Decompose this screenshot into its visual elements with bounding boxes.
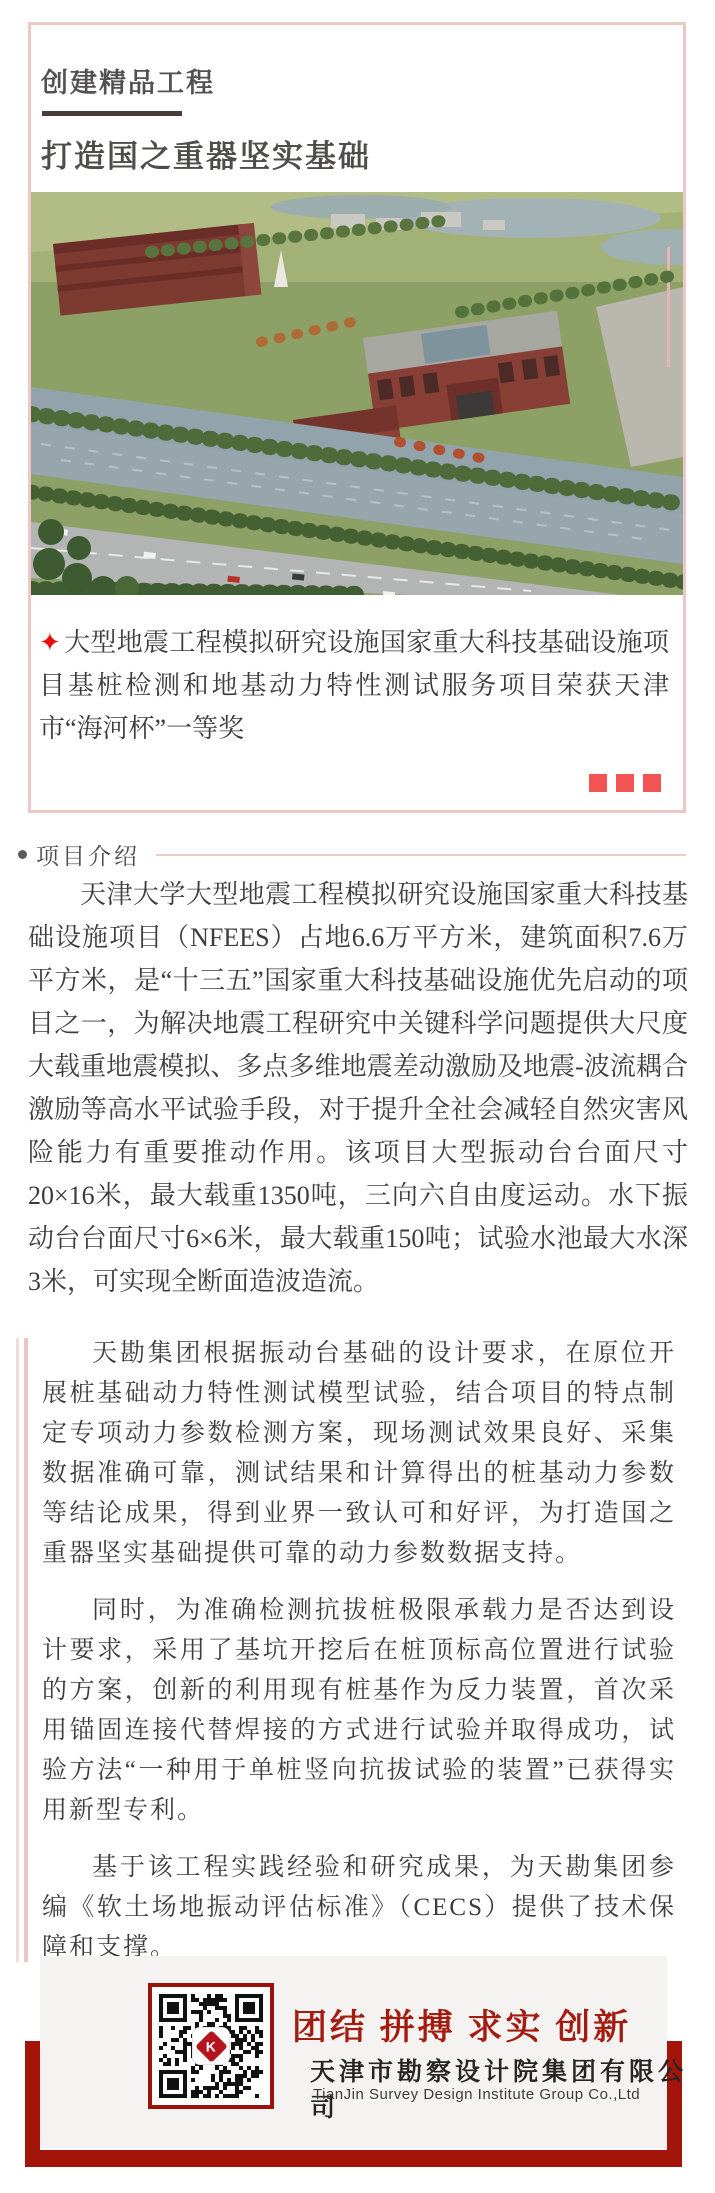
detail-paragraph-3: 基于该工程实践经验和研究成果，为天勘集团参编《软土场地振动评估标准》（CECS）… [42,1848,676,1968]
bullet-icon [18,850,27,859]
hero-title-line1: 创建精品工程 [41,61,683,100]
detail-block: 天勘集团根据振动台基础的设计要求，在原位开展桩基础动力特性测试模型试验，结合项目… [16,1334,676,1968]
decor-square [589,774,607,792]
hero-photo [31,192,683,595]
detail-paragraph-1: 天勘集团根据振动台基础的设计要求，在原位开展桩基础动力特性测试模型试验，结合项目… [42,1334,676,1574]
section-title: 项目介绍 [36,838,140,871]
accent-bar-outer [16,1338,19,1962]
qr-logo-letter: K [206,2038,216,2054]
company-name-en: TianJin Survey Design Institute Group Co… [313,2086,640,2103]
decor-squares [589,774,661,792]
intro-paragraph: 天津大学大型地震工程模拟研究设施国家重大科技基础设施项目（NFEES）占地6.6… [28,873,688,1303]
hero-caption: ✦大型地震工程模拟研究设施国家重大科技基础设施项目基桩检测和地基动力特性测试服务… [31,595,683,750]
qr-code: K [148,1983,274,2109]
accent-bar-inner [24,1338,28,1962]
decor-square [616,774,634,792]
title-underline [42,111,182,116]
company-logo-icon: K [195,2030,228,2063]
hero-box: 创建精品工程 打造国之重器坚实基础 [28,22,686,813]
qr-center-logo: K [193,2028,229,2064]
article-page: 创建精品工程 打造国之重器坚实基础 [0,0,715,2193]
star-icon: ✦ [39,628,61,657]
section-header: 项目介绍 [18,838,686,871]
section-rule [156,854,686,856]
hero-title-line2: 打造国之重器坚实基础 [41,131,683,176]
hero-caption-text: 大型地震工程模拟研究设施国家重大科技基础设施项目基桩检测和地基动力特性测试服务项… [39,628,669,743]
footer-bracket-left [25,2041,40,2167]
decor-square [643,774,661,792]
footer-bracket-bottom [25,2150,682,2167]
detail-paragraph-2: 同时，为准确检测抗拔桩极限承载力是否达到设计要求，采用了基坑开挖后在桩顶标高位置… [42,1591,676,1831]
footer-slogan: 团结 拼搏 求实 创新 [292,2000,631,2050]
